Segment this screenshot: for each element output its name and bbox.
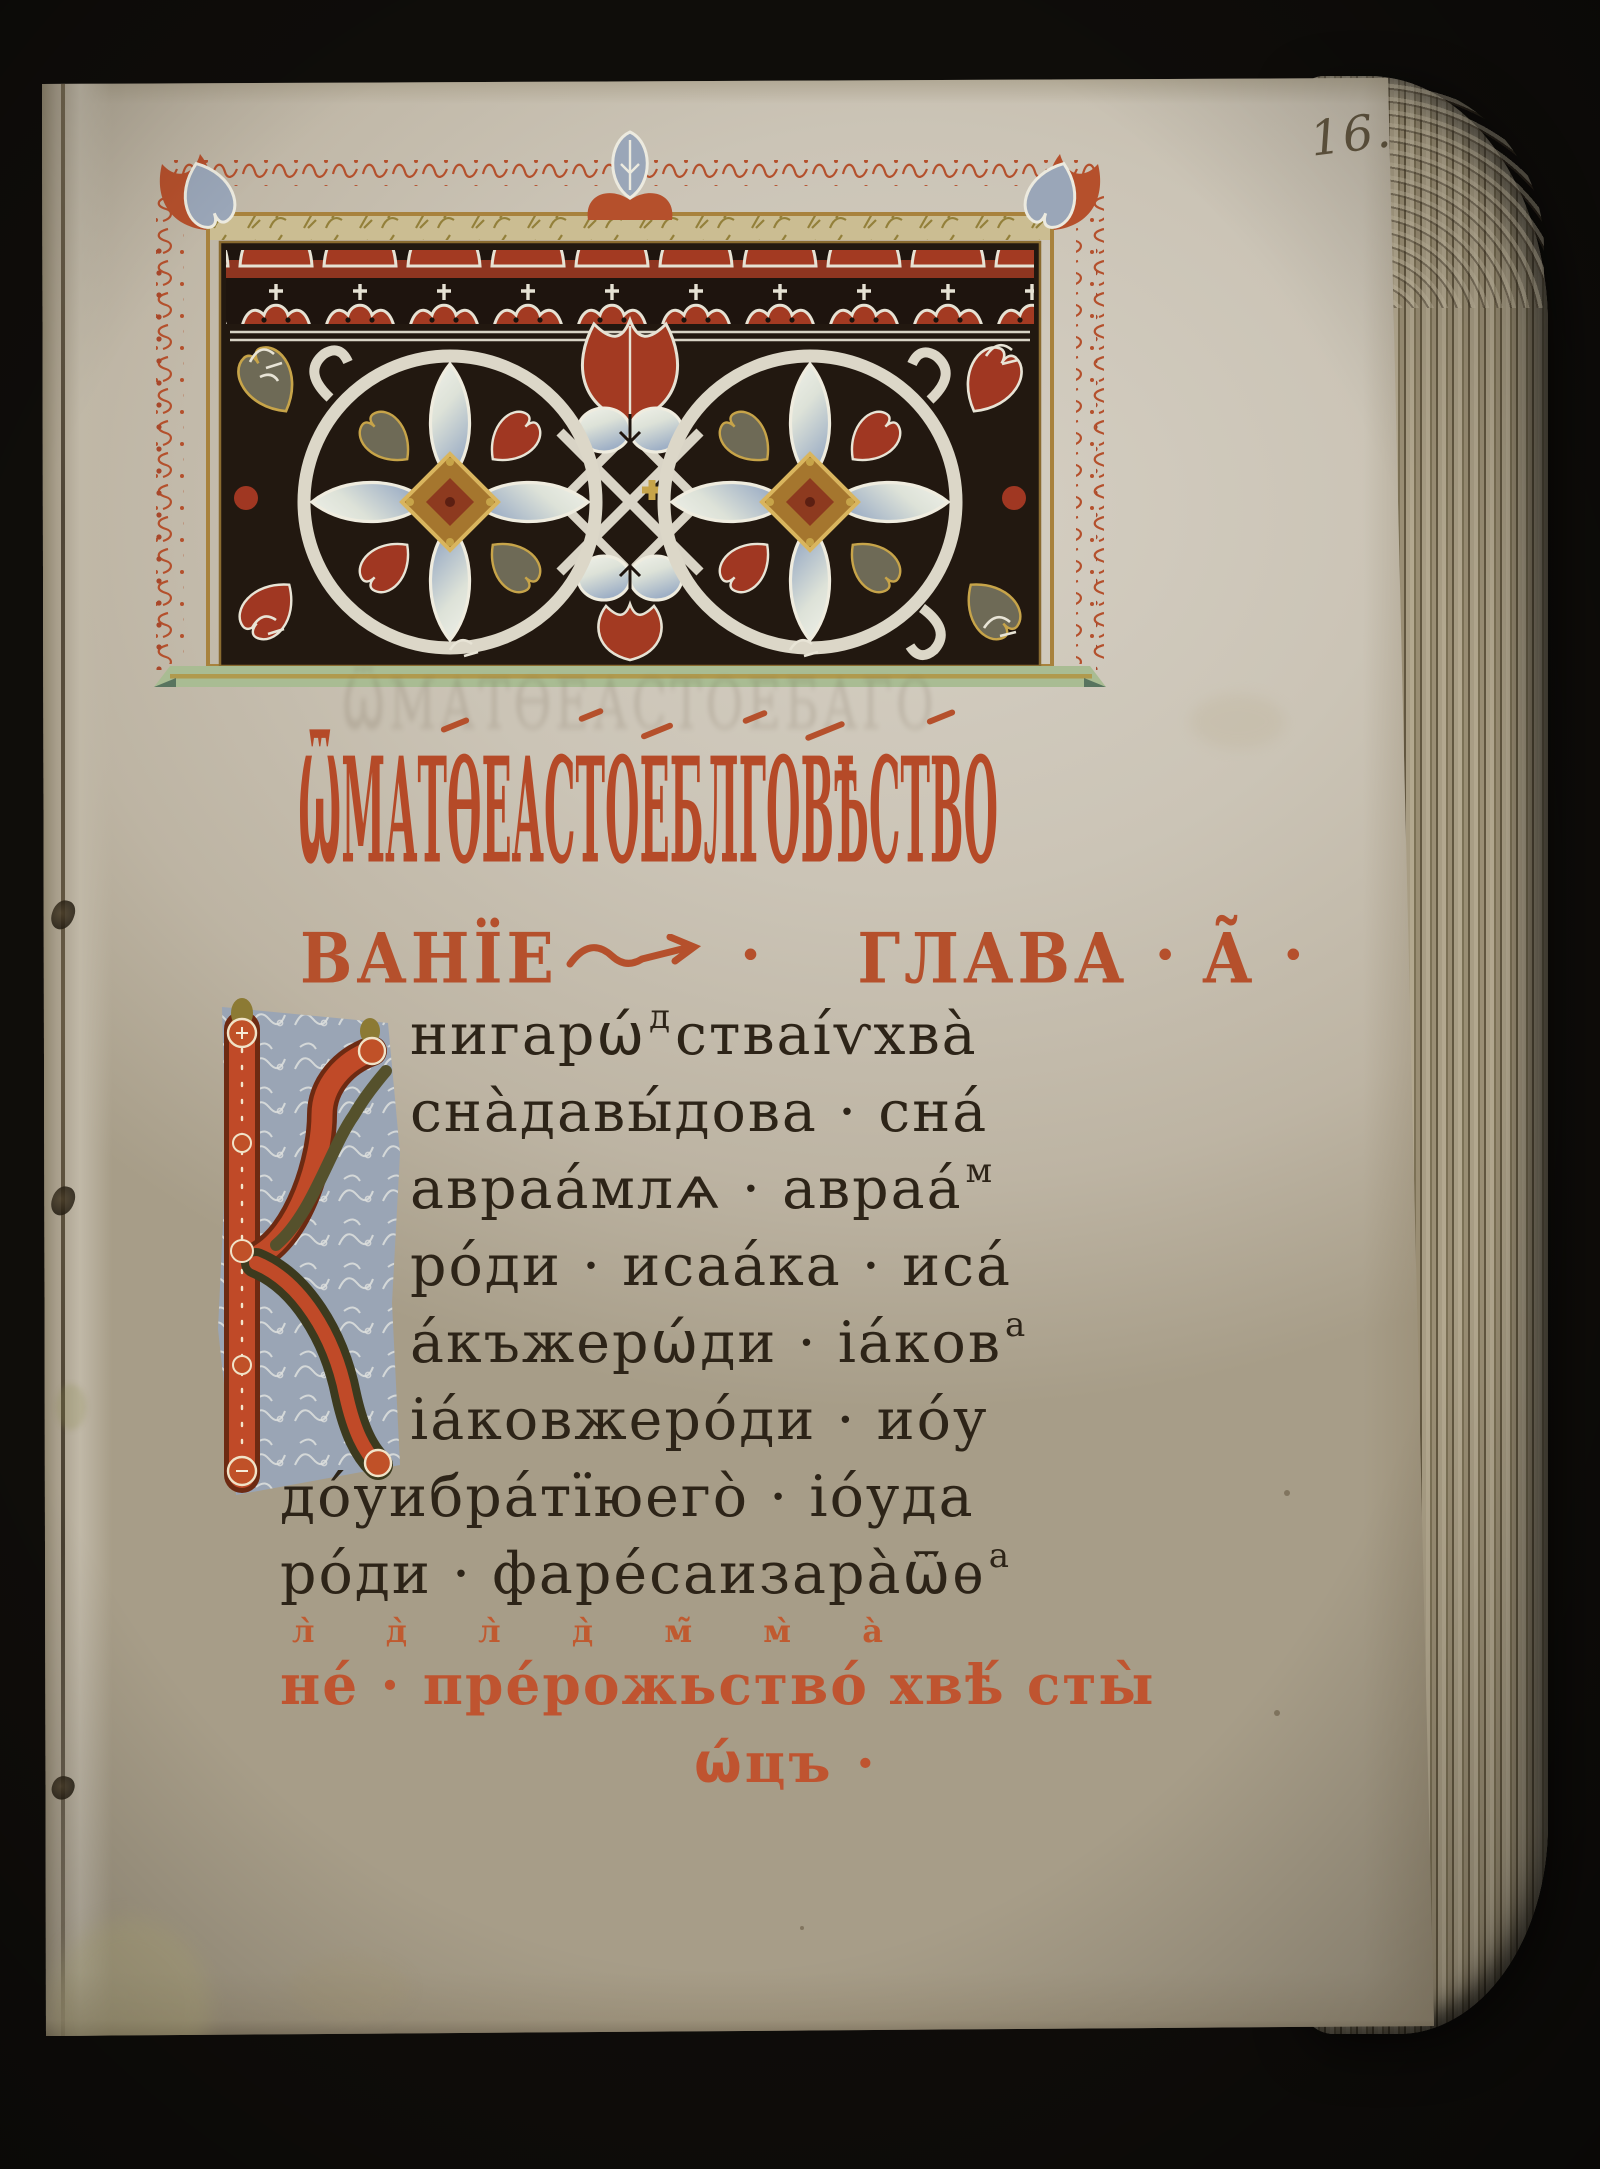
text-line: нигарѡ́дстваі́ѵхва̀ (280, 998, 1140, 1075)
text-line: до́уибра́тїюего̀ · іо́уда (280, 1460, 1140, 1537)
text-line: авраа́млѧ · авраа́м (280, 1152, 1140, 1229)
right-circle-rosette (664, 352, 956, 655)
parchment-stain (50, 1918, 210, 2098)
text-line: а́къжерѡ́ди · іа́кова (280, 1306, 1140, 1383)
left-circle-rosette (304, 350, 596, 648)
separator-dot: · (740, 920, 762, 990)
palmette-arcade-band (226, 250, 1034, 324)
ink-speck (1274, 1710, 1280, 1716)
ink-speck (1284, 1490, 1290, 1496)
title-word-glava: ГЛАВА (857, 920, 1128, 998)
text-line: іа́ковжеро́ди · ио́у (280, 1383, 1140, 1460)
separator-dot: · (1154, 920, 1176, 990)
parchment-stain (1190, 694, 1285, 749)
ink-speck (800, 1926, 804, 1930)
parchment-stain (56, 1384, 86, 1430)
title-flourish (564, 934, 714, 990)
text-line: ро́ди · фаре́саизара̀ѿѳа (280, 1537, 1140, 1614)
page-bottom-shadow (42, 1972, 1434, 2036)
headpiece-ornament (150, 130, 1110, 690)
title-word-vanie: ВАНЇЕ (300, 920, 558, 998)
chapter-number: А̃ (1202, 920, 1257, 998)
separator-dot: · (1282, 920, 1304, 990)
manuscript-page: 16. (42, 78, 1434, 2036)
binding-gutter (42, 78, 112, 2036)
rubric-line-2: ѡ́цъ · (694, 1730, 878, 1795)
text-line: сна̀давы́дова · сна́ (280, 1075, 1140, 1152)
title-vyaz-line1: ѾМАТѲЕАСТОЕБЛГОВѢСТВО (298, 725, 998, 896)
page-top-shadow (42, 78, 1434, 104)
title-vyaz: ѾМАТѲЕАСТОЕБЛГОВѢСТВО (294, 726, 1006, 916)
gospel-text-block: нигарѡ́дстваі́ѵхва̀сна̀давы́дова · сна́а… (280, 998, 1140, 1614)
title-line2: ВАНЇЕ · ГЛАВА · А̃ · (300, 920, 1330, 1000)
rubric-superscripts: л̀ д̀ л̀ д̀ м̃ м̀ а̀ (292, 1612, 913, 1650)
text-line: ро́ди · исаа́ка · иса́ (280, 1229, 1140, 1306)
parchment-stain (290, 1956, 410, 2020)
binding-fold-line (61, 78, 65, 2036)
ink-speck (344, 2060, 349, 2065)
rubric-line: не́ · пре́рожьство́ хвѣ́ сты̀ (280, 1650, 1156, 1720)
